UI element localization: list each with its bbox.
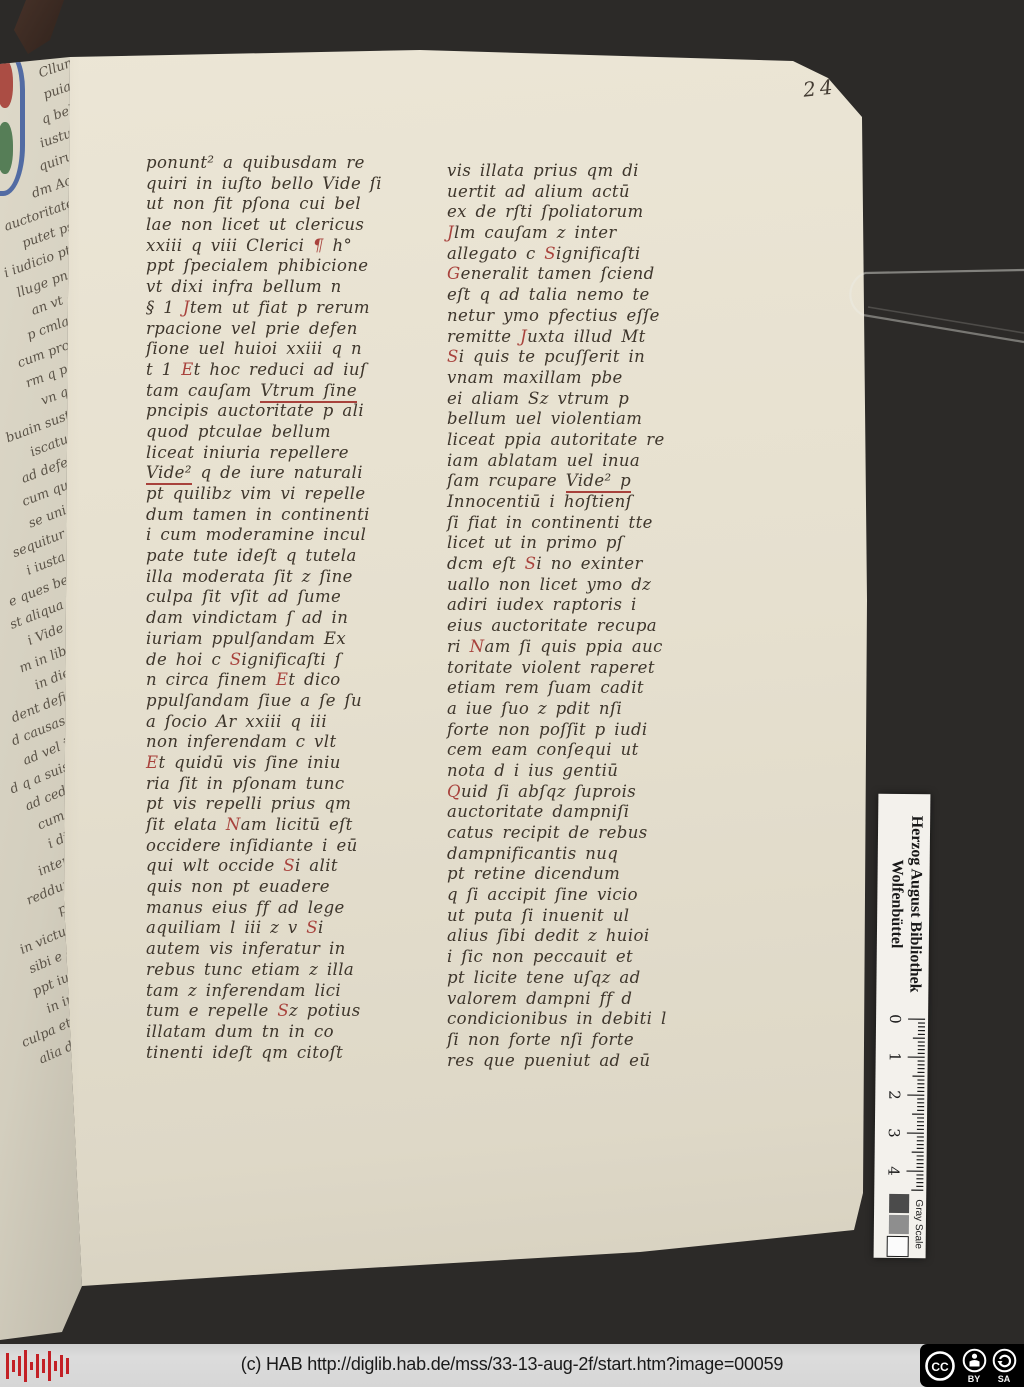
manuscript-line: forte non poſſit p iudi (447, 720, 735, 741)
manuscript-line: ut non fit pſona cui bel (146, 194, 434, 215)
manuscript-line: ex de rſti ſpoliatorum (447, 202, 735, 223)
manuscript-line: ſit elata Nam licitū eſt (146, 815, 434, 836)
manuscript-line: lae non licet ut clericus (146, 215, 434, 236)
manuscript-line: tam z inferendam lici (146, 981, 434, 1002)
manuscript-line: vt dixi infra bellum n (146, 277, 434, 298)
manuscript-line: ſione uel huioi xxiii q n (146, 339, 434, 360)
folio-number: 24 (802, 74, 838, 101)
manuscript-line: tinenti ideſt qm citoſt (146, 1043, 434, 1064)
manuscript-line: illatam dum tn in co (146, 1022, 434, 1043)
manuscript-page: 24 ponunt² a quibusdam requiri in iuſto … (0, 0, 1024, 1387)
manuscript-line: ria ſit in pſonam tunc (146, 774, 434, 795)
manuscript-line: Innocentiū i hoſtienſ (447, 492, 735, 513)
manuscript-line: ponunt² a quibusdam re (146, 153, 434, 174)
cc-license-badge: CC BY SA (920, 1344, 1024, 1387)
manuscript-line: rpacione vel prie defen (146, 319, 434, 340)
manuscript-line: cem eam conſequi ut (447, 740, 735, 761)
manuscript-line: tam cauſam Vtrum ſine (146, 381, 434, 402)
manuscript-line: nota d i ius gentiū (447, 761, 735, 782)
manuscript-line: ſam rcupare Vide² p (447, 471, 735, 492)
manuscript-line: qui wlt occide Si alit (146, 856, 434, 877)
manuscript-line: pt quilibz vim vi repelle (146, 484, 434, 505)
manuscript-line: ut puta ſi inuenit ul (447, 906, 735, 927)
manuscript-line: dam vindictam ſ ad in (146, 608, 434, 629)
manuscript-line: alius ſibi dedit z huioi (447, 926, 735, 947)
manuscript-line: uertit ad alium actū (447, 182, 735, 203)
manuscript-line: ſi non forte nſi forte (447, 1030, 735, 1051)
manuscript-line: manus eius ff ad lege (146, 898, 434, 919)
manuscript-line: xxiii q viii Clerici ¶ h° (146, 236, 434, 257)
manuscript-line: uallo non licet ymo dz (447, 575, 735, 596)
ruler-content: Herzog August Bibliothek Wolfenbüttel 01… (874, 794, 931, 1259)
cc-by-label: BY (962, 1374, 986, 1384)
manuscript-line: pt licite tene uſqz ad (447, 968, 735, 989)
manuscript-line: pt vis repelli prius qm (146, 794, 434, 815)
manuscript-line: quod ptculae bellum (146, 422, 434, 443)
manuscript-line: eius auctoritate recupa (447, 616, 735, 637)
manuscript-line: Quid ſi abſqz ſuprois (447, 782, 735, 803)
ruler-number: 3 (885, 1123, 903, 1143)
manuscript-line: auctoritate dampniſi (447, 802, 735, 823)
gray-scale-patch: Gray Scale (875, 1190, 926, 1259)
gray-swatch-0 (889, 1194, 909, 1213)
manuscript-line: i cum moderamine incul (146, 525, 434, 546)
manuscript-line: liceat ppia autoritate re (447, 430, 735, 451)
manuscript-line: de hoi c Significaſti ſ (146, 650, 434, 671)
ruler-number: 4 (884, 1161, 902, 1181)
manuscript-line: quis non pt euadere (146, 877, 434, 898)
manuscript-line: autem vis inferatur in (146, 939, 434, 960)
manuscript-line: ſi fiat in continenti tte (447, 513, 735, 534)
gray-scale-label: Gray Scale (913, 1190, 925, 1258)
manuscript-line: a ſocio Ar xxiii q iii (146, 712, 434, 733)
gray-swatch-2 (887, 1236, 909, 1257)
ruler-number: 1 (886, 1047, 904, 1067)
manuscript-line: catus recipit de rebus (447, 823, 735, 844)
manuscript-line: Jlm cauſam z inter (447, 223, 735, 244)
manuscript-line: occidere inſidiante i eū (146, 836, 434, 857)
manuscript-line: vnam maxillam pbe (447, 368, 735, 389)
manuscript-line: rebus tunc etiam z illa (146, 960, 434, 981)
manuscript-line: tum e repelle Sz potius (146, 1001, 434, 1022)
manuscript-line: i ſic non peccauit et (447, 947, 735, 968)
manuscript-line: res que pueniut ad eū (447, 1051, 735, 1072)
caption-text: (c) HAB http://diglib.hab.de/mss/33-13-a… (0, 1354, 1024, 1375)
manuscript-line: toritate violent raperet (447, 658, 735, 679)
manuscript-line: aquiliam l iii z v Si (146, 918, 434, 939)
caption-bar: (c) HAB http://diglib.hab.de/mss/33-13-a… (0, 1344, 1024, 1387)
manuscript-line: a iue ſuo z pdit nſi (447, 699, 735, 720)
manuscript-line: ei aliam Sz vtrum p (447, 389, 735, 410)
manuscript-line: ppulſandam ſiue a ſe ſu (146, 691, 434, 712)
manuscript-line: licet ut in primo pſ (447, 533, 735, 554)
manuscript-line: Et quidū vis ſine iniu (146, 753, 434, 774)
cc-by-icon (962, 1348, 987, 1373)
manuscript-line: ri Nam ſi quis ppia auc (447, 637, 735, 658)
svg-text:CC: CC (931, 1360, 949, 1374)
manuscript-line: bellum uel violentiam (447, 409, 735, 430)
manuscript-line: q ſi accipit ſine vicio (447, 885, 735, 906)
manuscript-line: vis illata prius qm di (447, 161, 735, 182)
manuscript-line: adiri iudex raptoris i (447, 595, 735, 616)
manuscript-line: dampnificantis nuq (447, 844, 735, 865)
manuscript-line: Generalit tamen ſciend (447, 264, 735, 285)
manuscript-line: pate tute ideſt q tutela (146, 546, 434, 567)
manuscript-line: liceat iniuria repellere (146, 443, 434, 464)
manuscript-line: dum tamen in continenti (146, 505, 434, 526)
manuscript-line: valorem dampni ff d (447, 989, 735, 1010)
cc-sa-icon (992, 1348, 1017, 1373)
manuscript-line: illa moderata ſit z ſine (146, 567, 434, 588)
manuscript-line: § 1 Jtem ut fiat p rerum (146, 298, 434, 319)
ruler-number: 0 (886, 1009, 904, 1029)
manuscript-line: etiam rem ſuam cadit (447, 678, 735, 699)
manuscript-line: ppt ſpecialem phibicione (146, 256, 434, 277)
cc-sa-label: SA (992, 1374, 1016, 1384)
manuscript-line: allegato c Significaſti (447, 244, 735, 265)
manuscript-line: netur ymo pfectius eſſe (447, 306, 735, 327)
ruler-number: 2 (885, 1085, 903, 1105)
cc-logo-icon: CC (924, 1350, 956, 1382)
manuscript-line: n circa finem Et dico (146, 670, 434, 691)
gray-swatch-1 (889, 1215, 909, 1234)
manuscript-line: eſt q ad talia nemo te (447, 285, 735, 306)
manuscript-line: Si quis te pcuſſerit in (447, 347, 735, 368)
manuscript-line: iuriam ppulſandam Ex (146, 629, 434, 650)
binding-edge (0, 0, 70, 60)
manuscript-line: Vide² q de iure naturali (146, 463, 434, 484)
manuscript-line: condicionibus in debiti l (447, 1009, 735, 1030)
manuscript-line: pncipis auctoritate p ali (146, 401, 434, 422)
text-column-right: vis illata prius qm diuertit ad alium ac… (447, 161, 735, 1071)
manuscript-line: non inferendam c vlt (146, 732, 434, 753)
manuscript-line: iam ablatam uel inua (447, 451, 735, 472)
manuscript-line: t 1 Et hoc reduci ad iuſ (146, 360, 434, 381)
manuscript-line: pt retine dicendum (447, 864, 735, 885)
manuscript-line: quiri in iuſto bello Vide ſi (146, 174, 434, 195)
page-holder-clip (818, 245, 1024, 375)
photo-backdrop: Cllum pns qpuiae Addeq bellum seiustum l… (0, 0, 1024, 1387)
text-column-left: ponunt² a quibusdam requiri in iuſto bel… (146, 153, 434, 1063)
manuscript-line: culpa ſit vſit ad ſume (146, 587, 434, 608)
reference-ruler: Herzog August Bibliothek Wolfenbüttel 01… (874, 794, 931, 1259)
manuscript-line: dcm eſt Si no exinter (447, 554, 735, 575)
manuscript-line: remitte Juxta illud Mt (447, 327, 735, 348)
